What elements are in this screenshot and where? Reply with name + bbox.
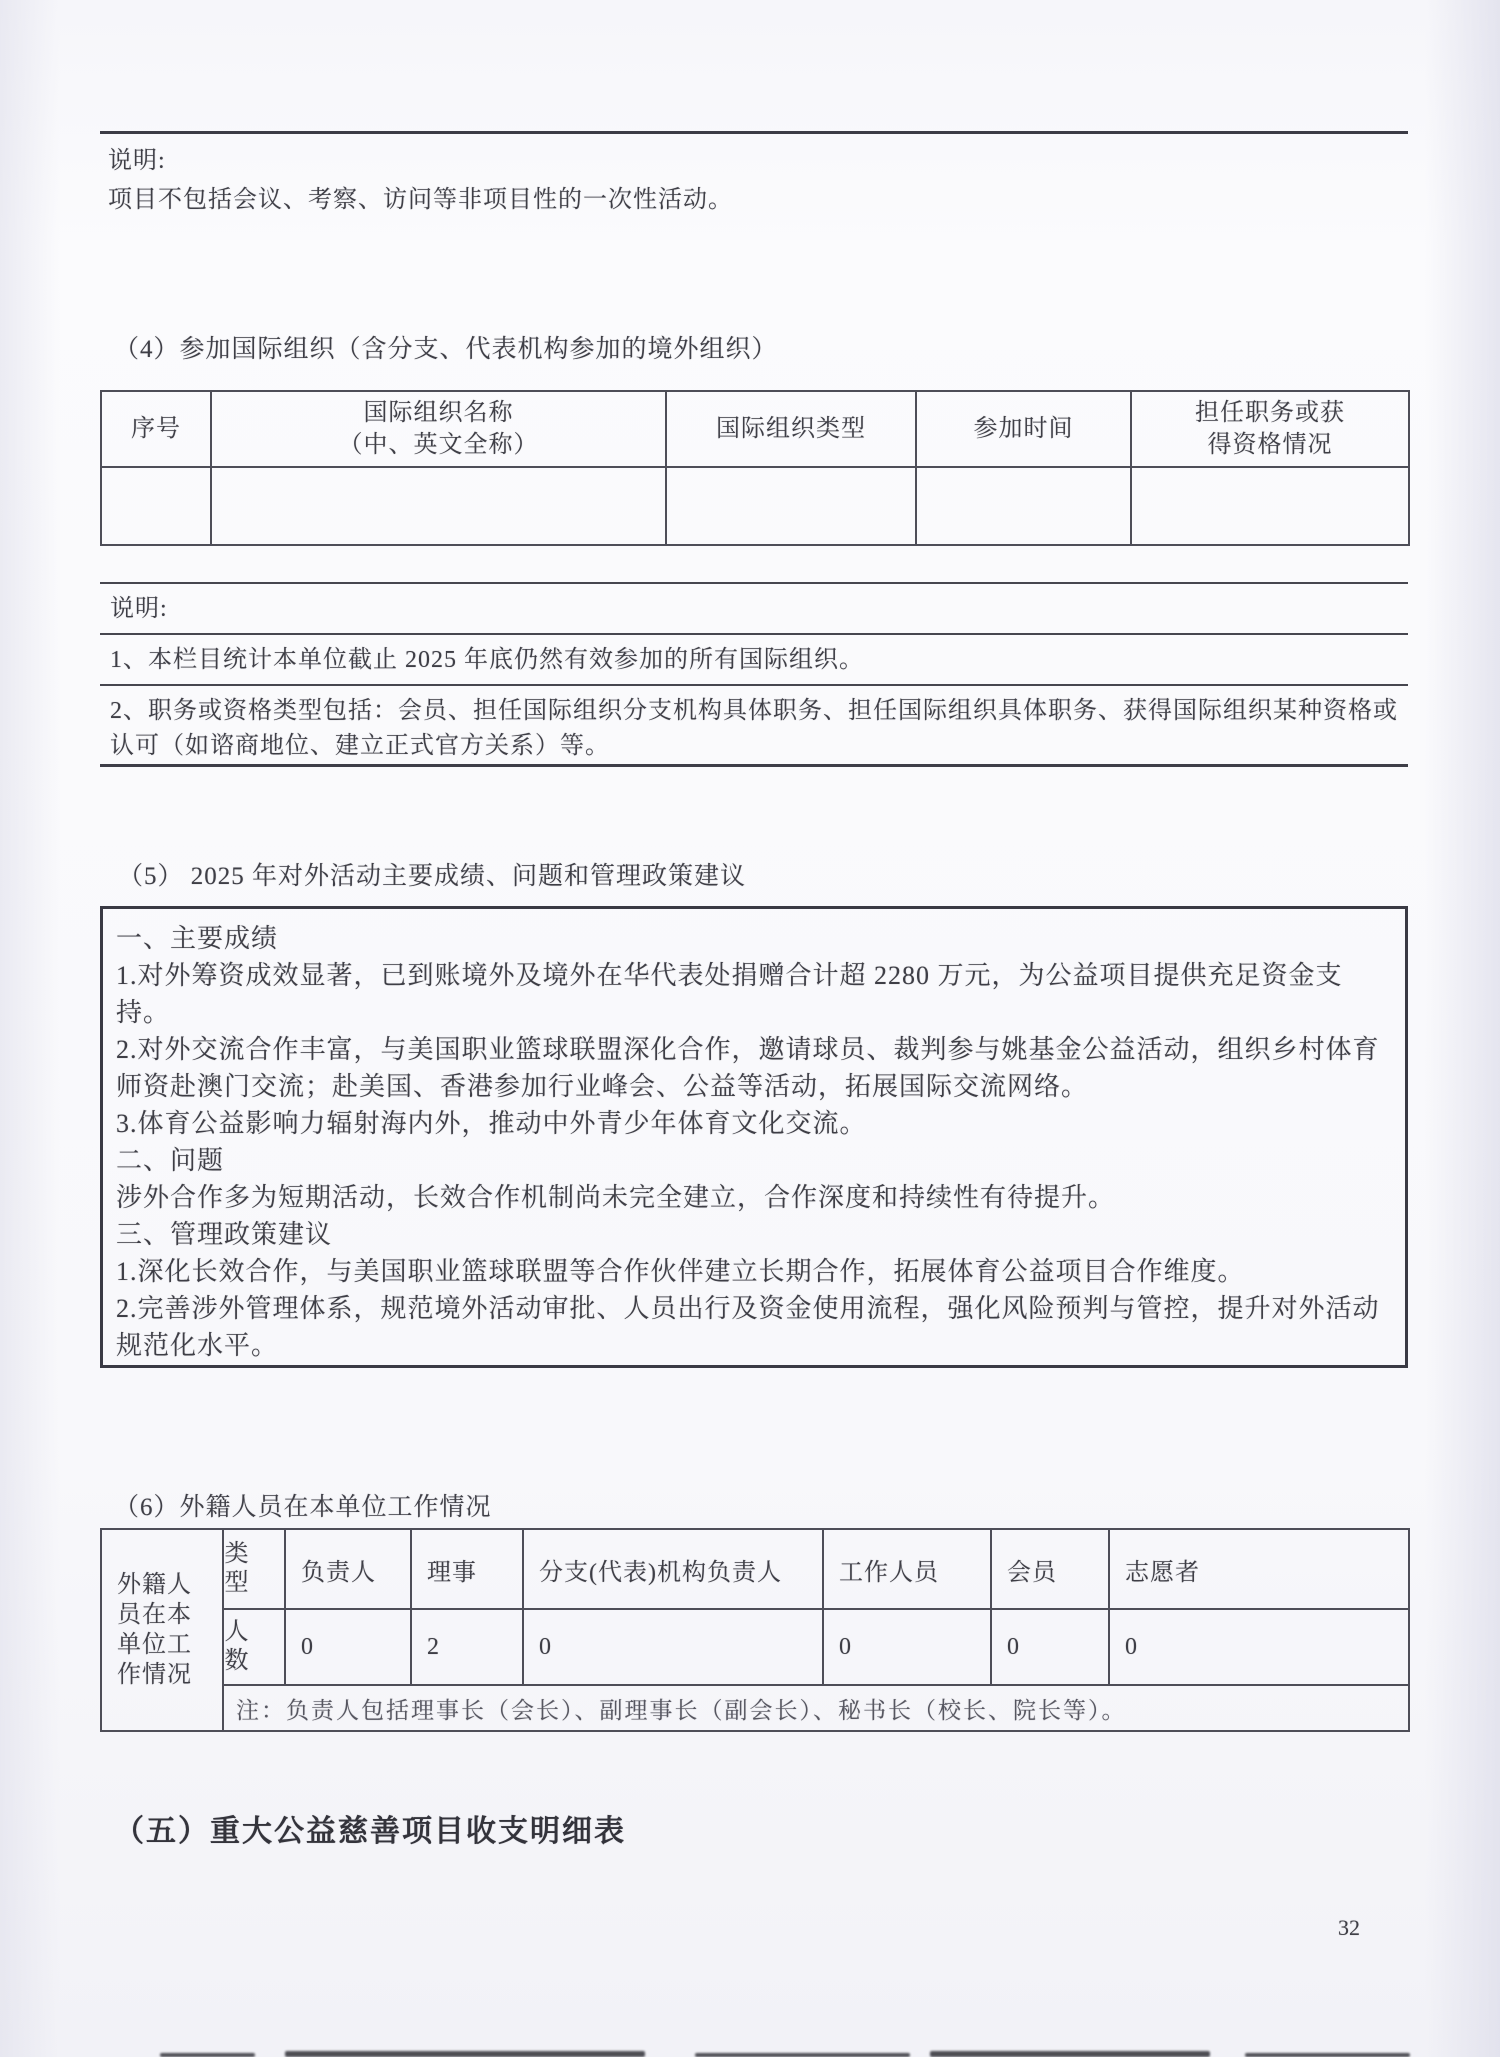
empty-cell [1131, 467, 1409, 545]
col-header-staff: 工作人员 [823, 1529, 991, 1609]
foreign-staff-table: 外籍人员在本单位工作情况 类型 负责人 理事 分支(代表)机构负责人 工作人员 … [100, 1528, 1410, 1732]
table-header-row: 序号 国际组织名称 （中、英文全称） 国际组织类型 参加时间 担任职务或获 得资… [101, 391, 1409, 467]
empty-cell [666, 467, 916, 545]
page-number: 32 [1338, 1915, 1360, 1941]
col-header-member: 会员 [991, 1529, 1109, 1609]
serial-col-header: 序号 [101, 391, 211, 467]
scan-artifact [930, 2051, 1210, 2057]
table-note: 注：负责人包括理事长（会长）、副理事长（副会长）、秘书长（校长、院长等）。 [223, 1685, 1409, 1731]
count-cell: 0 [1109, 1609, 1409, 1685]
table-header-row: 外籍人员在本单位工作情况 类型 负责人 理事 分支(代表)机构负责人 工作人员 … [101, 1529, 1409, 1609]
table-note-row: 注：负责人包括理事长（会长）、副理事长（副会长）、秘书长（校长、院长等）。 [101, 1685, 1409, 1731]
count-cell: 0 [991, 1609, 1109, 1685]
org-type-col-header: 国际组织类型 [666, 391, 916, 467]
section4-heading: （4）参加国际组织（含分支、代表机构参加的境外组织） [114, 329, 778, 365]
position-col-header: 担任职务或获 得资格情况 [1131, 391, 1409, 467]
paragraph: 3.体育公益影响力辐射海内外，推动中外青少年体育文化交流。 [116, 1105, 1392, 1142]
col-header-director: 理事 [411, 1529, 523, 1609]
empty-cell [101, 467, 211, 545]
col-header-volunteer: 志愿者 [1109, 1529, 1409, 1609]
type-label-cell: 类型 [223, 1529, 285, 1609]
col-header-leader: 负责人 [285, 1529, 411, 1609]
paragraph: 三、管理政策建议 [116, 1216, 1392, 1253]
paragraph: 涉外合作多为短期活动，长效合作机制尚未完全建立，合作深度和持续性有待提升。 [116, 1179, 1392, 1216]
horizontal-rule [100, 131, 1408, 134]
table-row: 人数 0 2 0 0 0 0 [101, 1609, 1409, 1685]
paragraph: 一、主要成绩 [116, 920, 1392, 957]
notes-item: 2、职务或资格类型包括：会员、担任国际组织分支机构具体职务、担任国际组织具体职务… [100, 684, 1408, 767]
join-time-col-header: 参加时间 [916, 391, 1131, 467]
paragraph: 2.完善涉外管理体系，规范境外活动审批、人员出行及资金使用流程，强化风险预判与管… [116, 1290, 1392, 1364]
section5-heading: （5） 2025 年对外活动主要成绩、问题和管理政策建议 [118, 856, 746, 892]
org-name-col-header: 国际组织名称 （中、英文全称） [211, 391, 666, 467]
empty-cell [916, 467, 1131, 545]
notes-item: 1、本栏目统计本单位截止 2025 年底仍然有效参加的所有国际组织。 [100, 633, 1408, 684]
top-note-label: 说明: [108, 140, 166, 175]
count-cell: 0 [823, 1609, 991, 1685]
empty-cell [211, 467, 666, 545]
scan-artifact [285, 2051, 645, 2057]
row-label-cell: 外籍人员在本单位工作情况 [101, 1529, 223, 1731]
paragraph: 1.对外筹资成效显著，已到账境外及境外在华代表处捐赠合计超 2280 万元，为公… [116, 957, 1392, 1031]
scan-artifact [160, 2053, 255, 2057]
section5-content-box: 一、主要成绩 1.对外筹资成效显著，已到账境外及境外在华代表处捐赠合计超 228… [100, 906, 1408, 1368]
section6-heading: （6）外籍人员在本单位工作情况 [114, 1487, 492, 1523]
count-cell: 2 [411, 1609, 523, 1685]
notes-label: 说明: [100, 582, 1408, 633]
table-row [101, 467, 1409, 545]
international-org-table: 序号 国际组织名称 （中、英文全称） 国际组织类型 参加时间 担任职务或获 得资… [100, 390, 1410, 546]
paragraph: 二、问题 [116, 1142, 1392, 1179]
paragraph: 2.对外交流合作丰富，与美国职业篮球联盟深化合作，邀请球员、裁判参与姚基金公益活… [116, 1031, 1392, 1105]
top-note-text: 项目不包括会议、考察、访问等非项目性的一次性活动。 [108, 179, 733, 214]
count-label-cell: 人数 [223, 1609, 285, 1685]
major-section-heading: （五）重大公益慈善项目收支明细表 [114, 1806, 626, 1850]
count-cell: 0 [523, 1609, 823, 1685]
scan-artifact [1245, 2053, 1410, 2057]
count-cell: 0 [285, 1609, 411, 1685]
scanned-document-page: 说明: 项目不包括会议、考察、访问等非项目性的一次性活动。 （4）参加国际组织（… [0, 0, 1500, 2057]
section4-notes: 说明: 1、本栏目统计本单位截止 2025 年底仍然有效参加的所有国际组织。 2… [100, 582, 1408, 767]
col-header-branch-head: 分支(代表)机构负责人 [523, 1529, 823, 1609]
paragraph: 1.深化长效合作，与美国职业篮球联盟等合作伙伴建立长期合作，拓展体育公益项目合作… [116, 1253, 1392, 1290]
scan-artifact [695, 2053, 910, 2057]
